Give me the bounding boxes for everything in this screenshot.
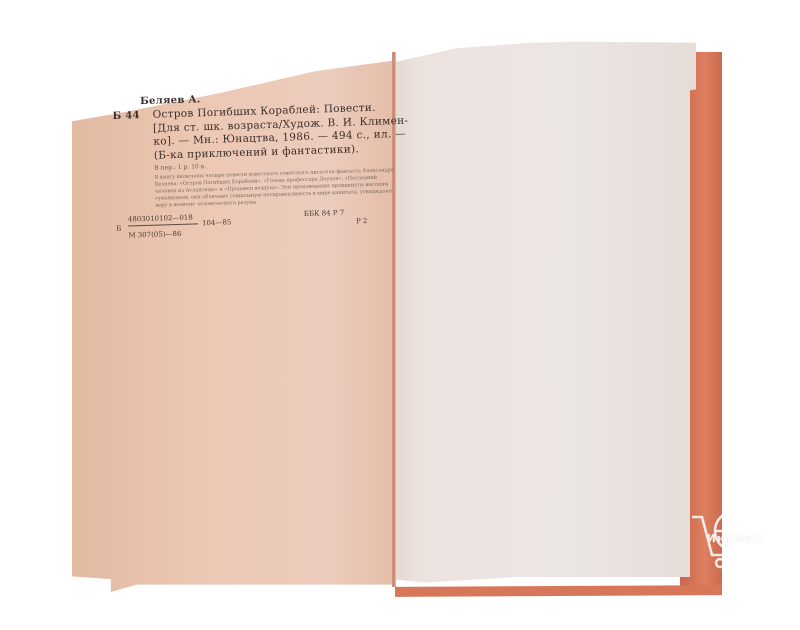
fraction-rule <box>128 223 198 226</box>
watermark: ИнтМаП <box>690 495 780 570</box>
bibliographic-description: Остров Погибших Кораблей: Повести. [Для … <box>152 101 409 163</box>
author: Беляев А. <box>140 93 201 108</box>
library-code: Б 44 <box>112 109 140 123</box>
isbn-suffix: 104—85 <box>202 218 232 227</box>
isbn-prefix: Б <box>116 225 121 233</box>
watermark-text: ИнтМаП <box>690 532 780 545</box>
isbn-numerator: 4803010102—018 <box>128 214 193 224</box>
isbn-denominator: М 307(05)—86 <box>128 230 181 240</box>
bbk-code-2: Р 2 <box>356 217 368 225</box>
right-page <box>396 40 696 588</box>
book-cover-bottom-edge <box>395 585 722 597</box>
bbk-code: ББК 84 Р 7 <box>304 209 345 218</box>
